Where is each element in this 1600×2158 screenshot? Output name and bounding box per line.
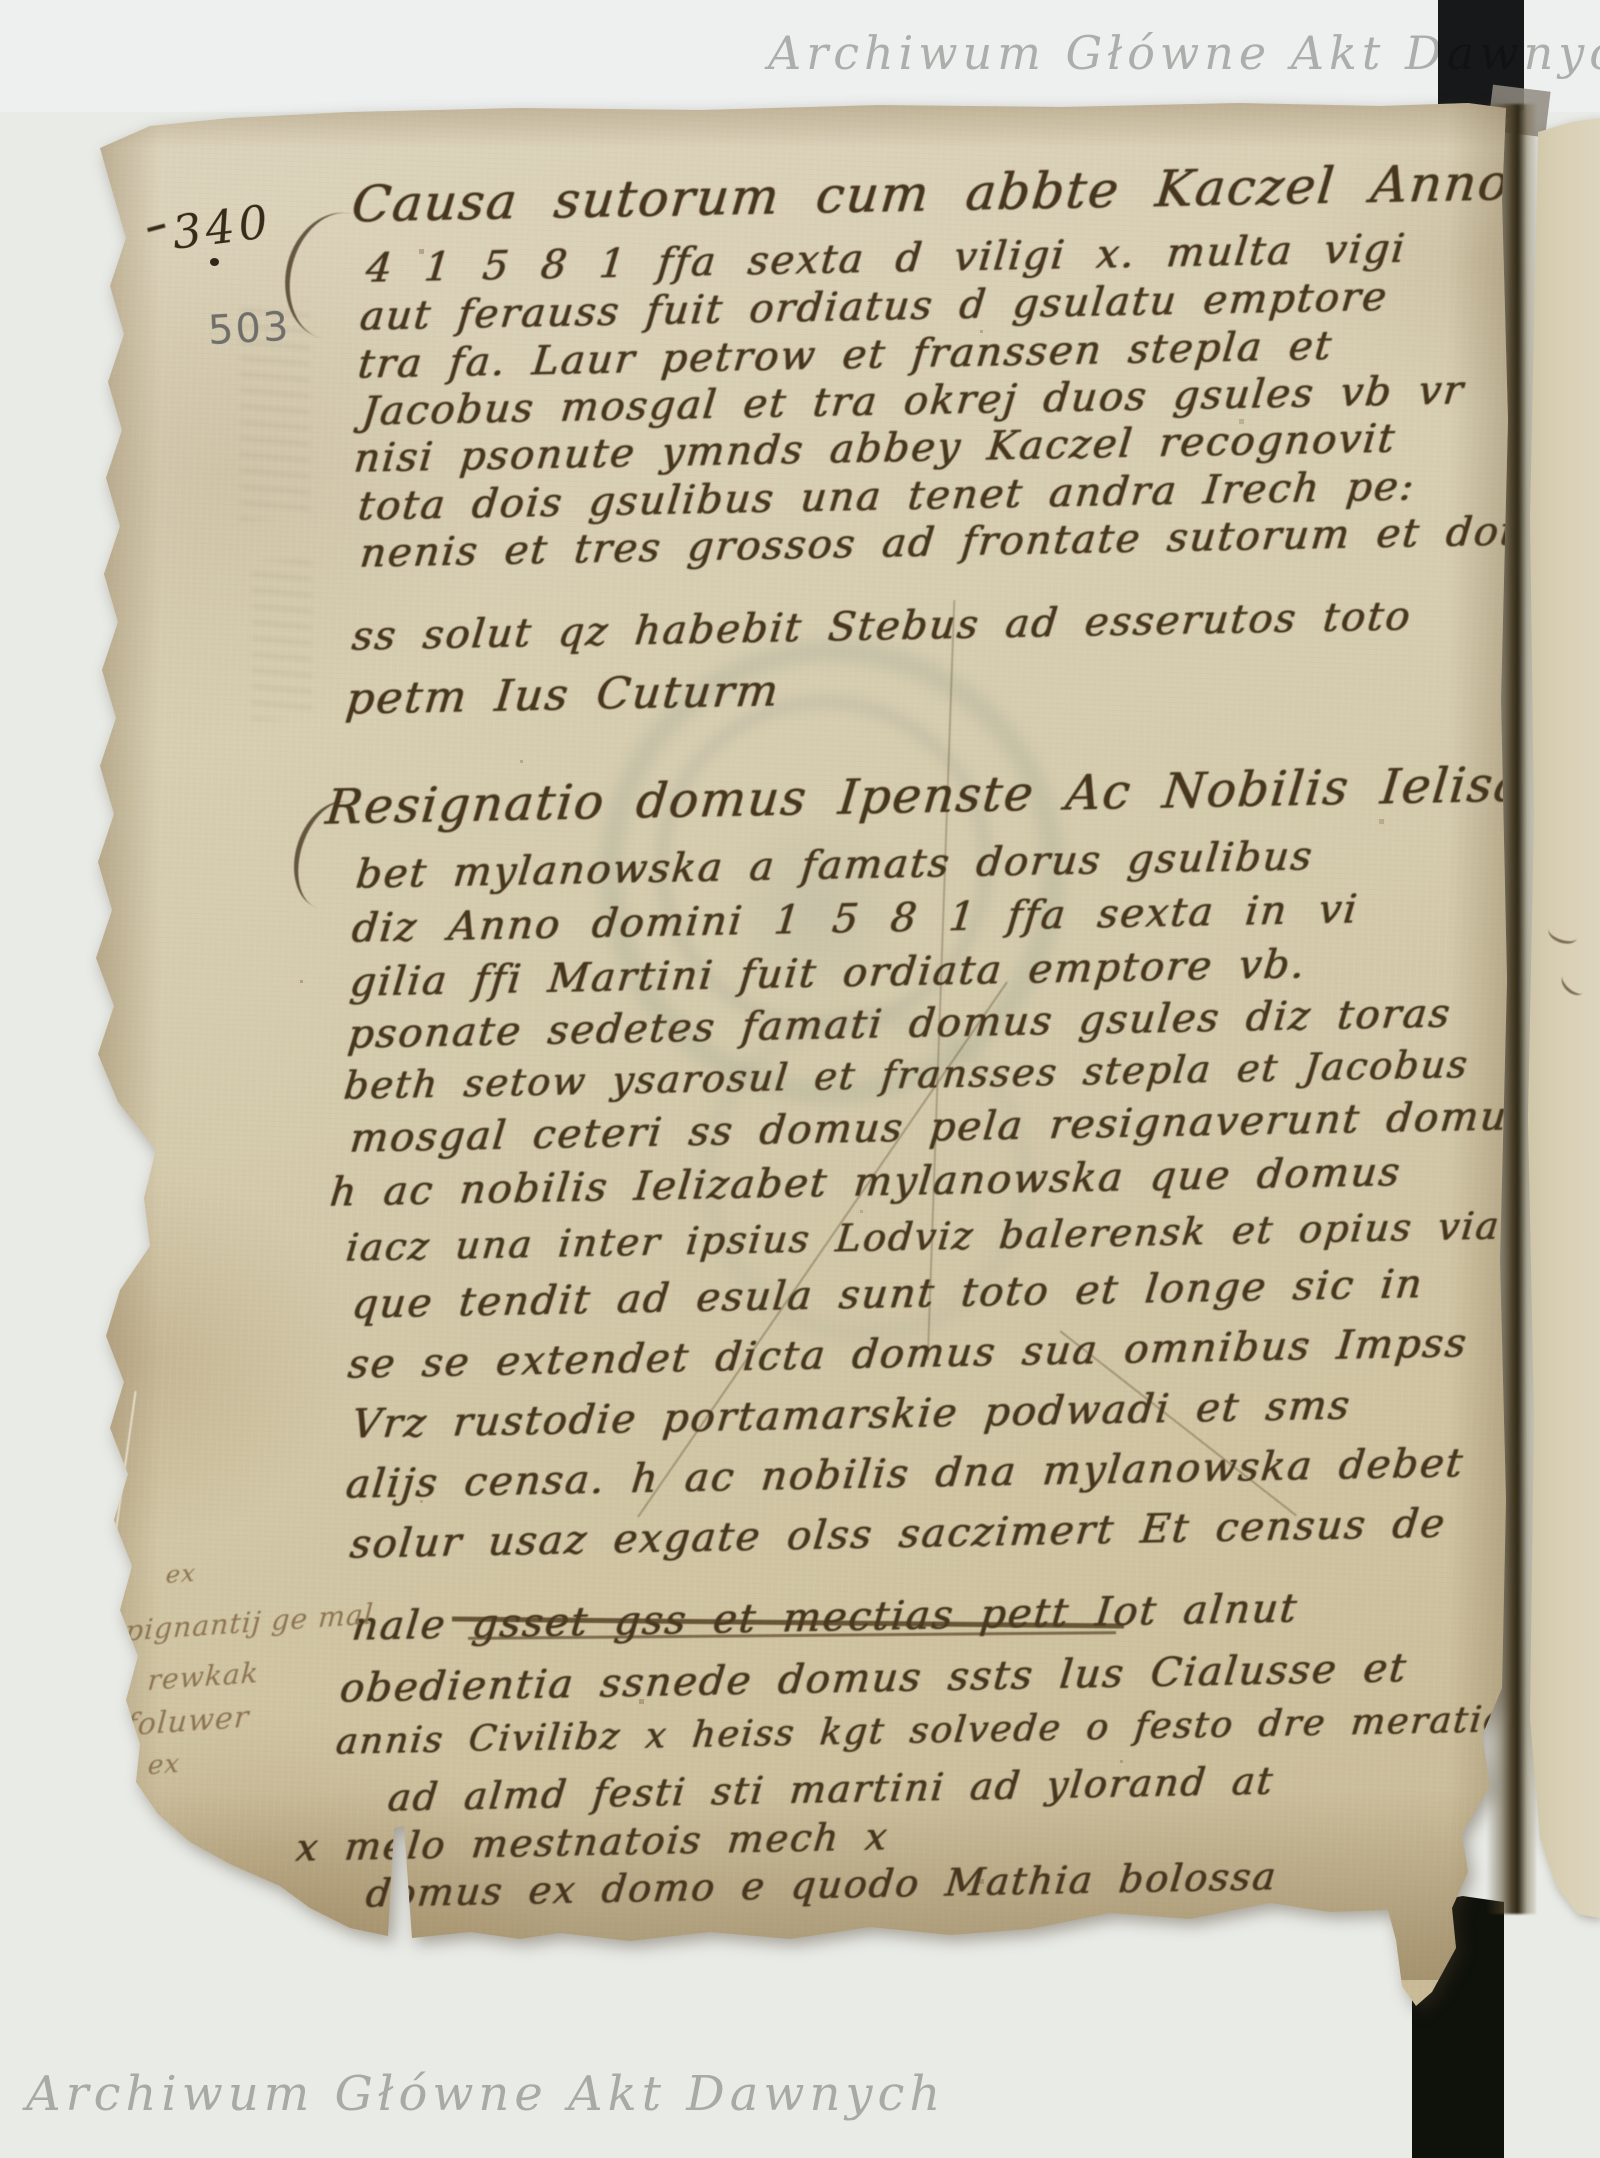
archival-scan: 340 503 Causa sutorum cum abbte Kaczel A… <box>0 0 1600 2158</box>
paragraph1-heading: Causa sutorum cum abbte Kaczel Anno <box>349 154 1513 234</box>
archive-watermark-top: Archiwum Główne Akt Dawnych <box>768 26 1600 80</box>
manuscript-line: diz Anno domini 1 5 8 1 ffa sexta in vi <box>350 887 1361 952</box>
manuscript-page: 340 503 Causa sutorum cum abbte Kaczel A… <box>0 0 1600 2158</box>
manuscript-line: Vrz rustodie portamarskie podwadi et sms <box>350 1383 1354 1448</box>
ink-flourish-mark <box>144 214 165 232</box>
marginal-note-line: rewkak <box>146 1656 260 1697</box>
paragraph2-heading: Resignatio domus Ipenste Ac Nobilis Ieli… <box>323 757 1527 836</box>
ink-blot <box>210 258 219 266</box>
manuscript-line: petm Ius Cuturm <box>343 666 782 725</box>
edge-darkening-top <box>95 100 1510 148</box>
marginal-note-line: ex <box>165 1559 197 1589</box>
manuscript-line: solur usaz exgate olss saczimert Et cens… <box>348 1501 1449 1568</box>
manuscript-line: alijs censa. h ac nobilis dna mylanowska… <box>344 1441 1467 1508</box>
foxing-specks <box>0 0 3 3</box>
marginal-note-line: ex <box>147 1749 181 1781</box>
edge-darkening-left <box>88 100 160 1980</box>
marginal-note-line: pignantij ge mal <box>124 1597 375 1647</box>
marginal-note-line: foluwer <box>124 1700 250 1743</box>
folio-number-pencil: 503 <box>207 304 292 354</box>
verso-text-show-through <box>252 560 312 720</box>
folio-number-ink: 340 <box>169 194 275 260</box>
manuscript-page-shadow: 340 503 Causa sutorum cum abbte Kaczel A… <box>0 0 1600 2158</box>
manuscript-line: se se extendet dicta domus sua omnibus I… <box>346 1321 1470 1388</box>
archive-watermark-bottom: Archiwum Główne Akt Dawnych <box>26 2066 945 2122</box>
manuscript-line: annis Civilibz x heiss kgt solvede o fes… <box>334 1699 1528 1763</box>
manuscript-line: obedientia ssnede domus ssts lus Cialuss… <box>338 1646 1410 1712</box>
manuscript-line: bet mylanowska a famats dorus gsulibus <box>354 834 1316 898</box>
